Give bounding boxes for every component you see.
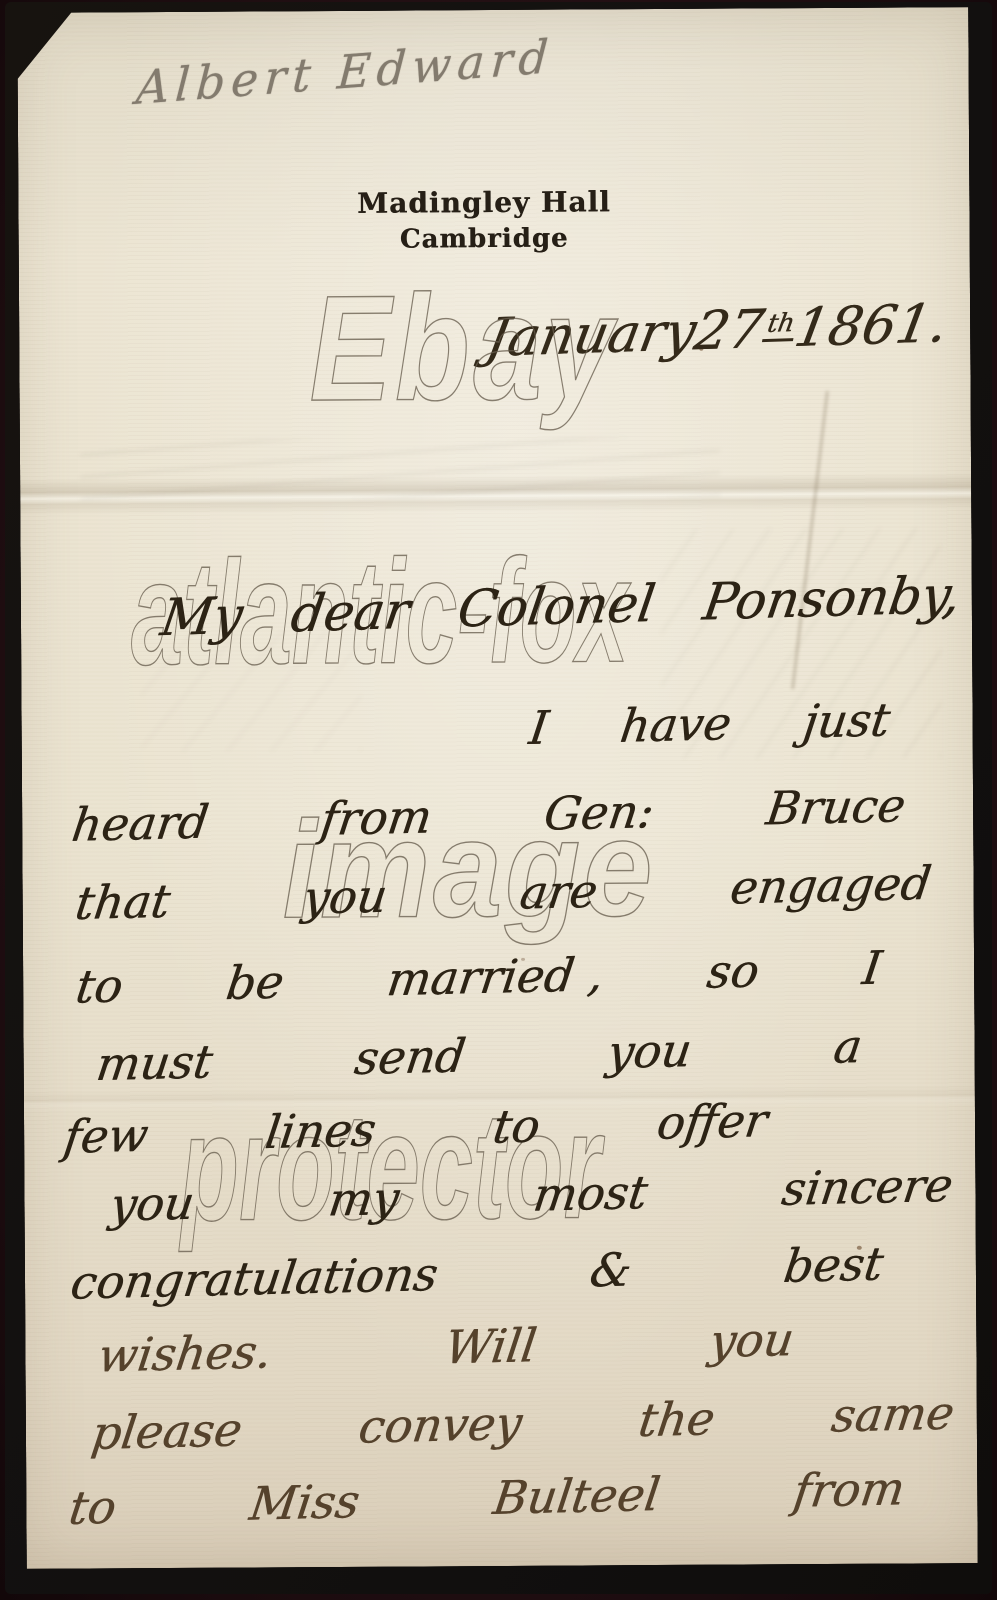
handwritten-word: to (66, 1482, 119, 1534)
letter-line: wishes.Willyou (95, 1314, 797, 1381)
handwritten-word: you (604, 1025, 694, 1078)
handwritten-word: few (61, 1110, 151, 1163)
letter-line: mustsendyoua (93, 1021, 865, 1090)
handwritten-word: so (704, 945, 762, 997)
handwritten-word: just (800, 694, 893, 747)
handwritten-word: lines (262, 1104, 379, 1157)
handwritten-word: congratulations (68, 1249, 441, 1308)
handwritten-word: you (107, 1178, 197, 1231)
handwritten-word: my (326, 1173, 402, 1225)
letter-line: pleaseconveythesame (89, 1388, 958, 1459)
handwritten-word: must (93, 1036, 215, 1089)
handwritten-word: wishes. (95, 1326, 275, 1381)
handwritten-word: offer (654, 1095, 770, 1148)
handwritten-word: Miss (247, 1476, 363, 1529)
handwritten-word: to (490, 1100, 543, 1152)
date-year: 1861. (790, 293, 953, 359)
handwritten-word: to (73, 960, 126, 1012)
handwritten-word: please (89, 1404, 245, 1458)
handwritten-word: same (828, 1388, 957, 1442)
letter-line: heardfromGen:Bruce (69, 780, 909, 850)
handwritten-word: I (526, 702, 551, 753)
letter-line: thatyouareengaged (72, 858, 934, 929)
handwritten-word: Bruce (763, 780, 908, 834)
letter-line: tobemarried ,soI (73, 943, 885, 1013)
handwritten-word: the (636, 1393, 718, 1446)
handwritten-word: best (781, 1238, 887, 1291)
handwritten-word: & (587, 1244, 635, 1296)
pencil-inscription: Albert Edward (134, 29, 555, 115)
date-day: 27th (690, 298, 801, 363)
letterhead-line2: Cambridge (19, 221, 950, 257)
handwritten-word: have (617, 698, 734, 751)
handwritten-word: convey (356, 1398, 525, 1453)
handwritten-word: sincere (779, 1160, 956, 1215)
handwritten-word: be (223, 957, 286, 1009)
letter-line: toMissBulteelfrom (66, 1463, 908, 1533)
letter-line: Ihavejust (526, 694, 893, 753)
handwritten-word: heard (69, 797, 212, 851)
handwritten-word: send (352, 1030, 469, 1083)
handwritten-word: a (831, 1021, 865, 1072)
watermark-ebay: Ebay (309, 271, 617, 423)
handwritten-word: My (157, 589, 246, 648)
show-through-marks (80, 437, 720, 501)
handwritten-word: dear (287, 584, 413, 644)
handwritten-word: are (517, 866, 600, 919)
handwritten-word: married , (384, 949, 606, 1005)
handwritten-word: that (72, 876, 173, 929)
handwritten-word: you (300, 871, 390, 924)
letter-sheet: Albert Edward Madingley Hall Cambridge J… (17, 7, 977, 1569)
handwritten-word: Gen: (541, 786, 657, 839)
handwritten-word: Colonel (454, 577, 658, 639)
handwritten-word: Bulteel (490, 1469, 663, 1524)
letterhead: Madingley Hall Cambridge (18, 183, 949, 257)
handwritten-word: most (530, 1167, 650, 1220)
letterhead-line1: Madingley Hall (18, 183, 949, 222)
handwritten-word: from (318, 791, 435, 844)
handwritten-word: Ponsonby, (699, 568, 964, 632)
handwritten-word: Will (442, 1320, 539, 1373)
handwritten-word: from (791, 1463, 908, 1516)
handwritten-word: engaged (727, 858, 934, 913)
handwritten-word: you (707, 1314, 797, 1367)
handwritten-word: I (859, 943, 884, 994)
photo-of-letter: Albert Edward Madingley Hall Cambridge J… (0, 0, 997, 1600)
